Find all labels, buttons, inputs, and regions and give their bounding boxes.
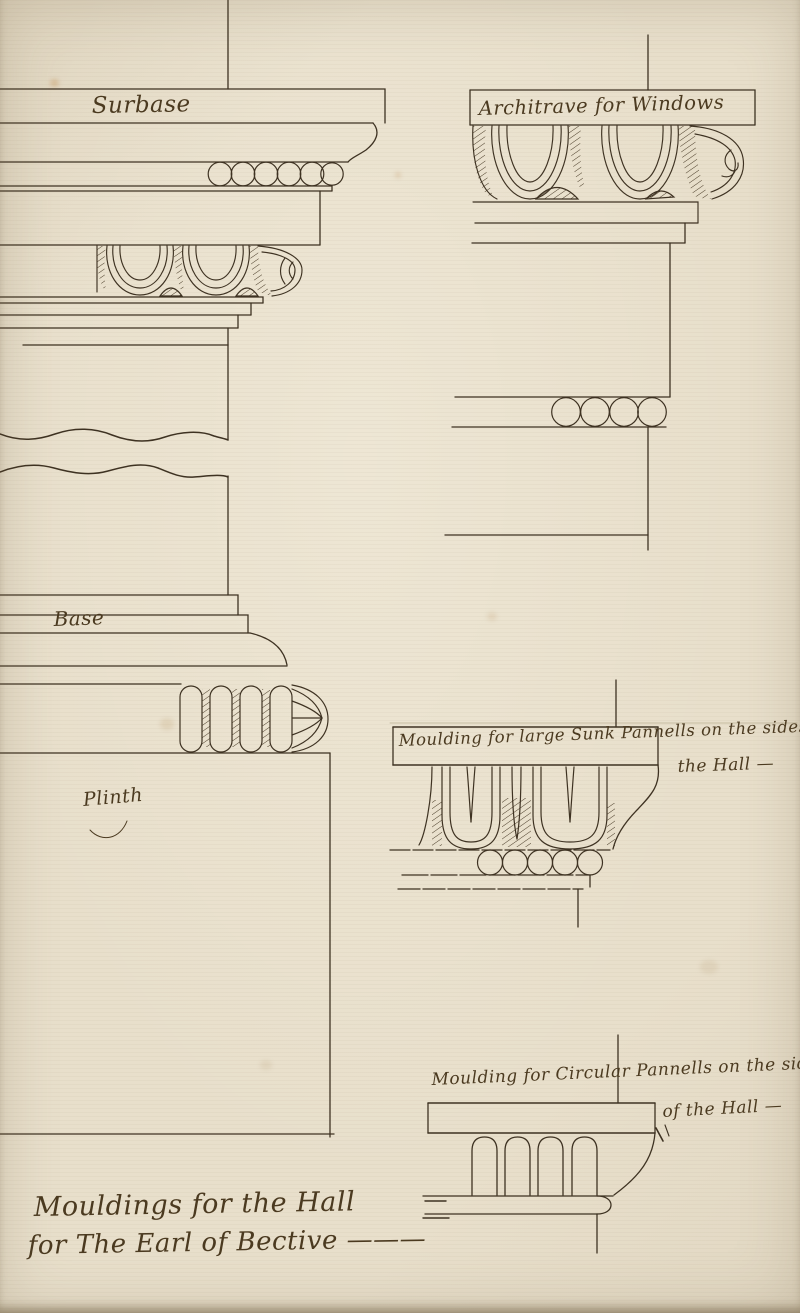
bead-course: [478, 850, 603, 875]
reeded-torus: [180, 685, 328, 752]
egg-and-dart-moulding: [473, 126, 744, 223]
sheet-title-line1: Mouldings for the Hall: [33, 1186, 355, 1223]
flutes: [472, 1137, 597, 1195]
base-profile: [0, 595, 330, 753]
surbase-profile: [0, 0, 385, 440]
leaf-and-tongue-moulding: [419, 767, 615, 849]
bead-course: [552, 398, 667, 427]
drawing-sheet: Surbase Architrave for Windows Base Plin…: [0, 0, 800, 1313]
sunk-panel-moulding-profile: [390, 680, 797, 927]
stray-marks: [423, 1201, 449, 1218]
base-label: Base: [53, 605, 105, 631]
break-lines: [0, 429, 228, 595]
plinth-outline: [0, 753, 334, 1137]
surbase-label: Surbase: [92, 91, 191, 119]
bead-course: [208, 162, 343, 186]
sunk-panels-label-line2: the Hall —: [677, 754, 774, 777]
egg-and-dart-moulding: [97, 246, 302, 296]
